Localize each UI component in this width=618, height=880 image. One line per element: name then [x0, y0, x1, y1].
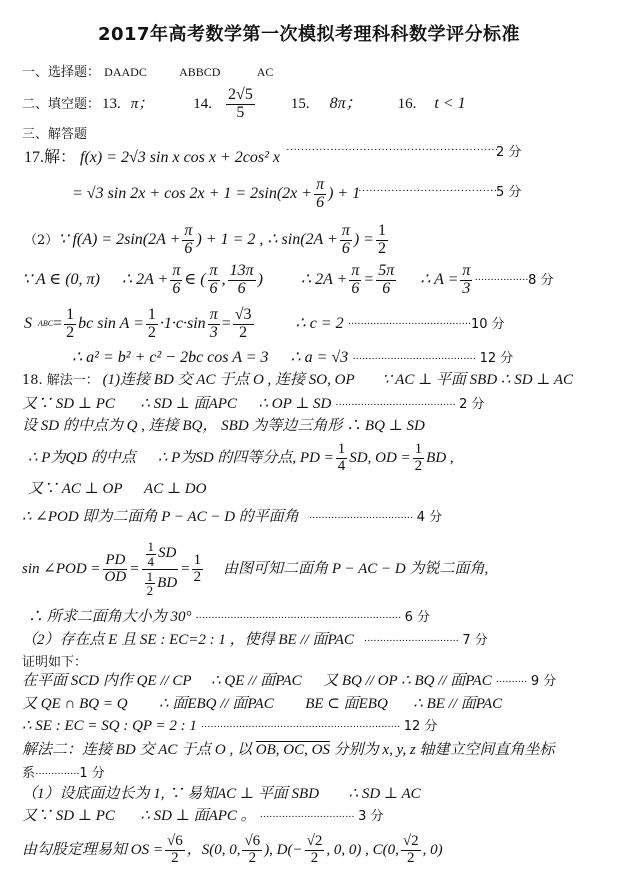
q17-prefix: 17.解： — [24, 149, 76, 166]
text: 由勾股定理易知 OS = — [22, 843, 163, 858]
score-3: 3 分 — [358, 809, 383, 824]
text: 又∵ SD ⊥ PC — [22, 808, 115, 824]
q18-prefix: 18. 解法一： — [22, 373, 99, 388]
frac-pi-6: π6 — [182, 223, 194, 258]
text: ∴ SD ⊥ 面APC 。 — [140, 808, 255, 824]
section-solutions: 三、解答题 — [22, 128, 87, 141]
frac: √22 — [401, 834, 421, 867]
text: （2）存在点 E 且 SE : EC=2 : 1 ，使得 BE // 面PAC — [22, 632, 354, 648]
text: ∴ 所求二面角大小为 30° — [28, 609, 192, 625]
expr: ∴ a² = b² + c² − 2bc cos A = 3 — [72, 349, 268, 366]
score-6: 6 分 — [405, 610, 430, 625]
expr: sin ∠POD = — [22, 562, 101, 577]
q17-expr-2a: = √3 sin 2x + cos 2x + 1 = 2sin(2x + — [72, 186, 312, 202]
blank-13-num: 13. — [102, 97, 121, 112]
text: ∴ P为QD 的中点 — [28, 451, 136, 466]
frac: √62 — [165, 834, 185, 867]
q18-line-3: 设 SD 的中点为 Q , 连接 BQ， SBD 为等边三角形 ∴ BQ ⊥ S… — [22, 419, 425, 434]
score-4: 4 分 — [417, 510, 442, 525]
q18-line-6: ∴ ∠POD 即为二面角 P − AC − D 的平面角 ···········… — [22, 510, 442, 525]
expr: ∈ ( — [184, 272, 205, 288]
frac: 5π6 — [376, 263, 396, 298]
dot-leader: ········································… — [195, 612, 401, 624]
text: 又 BQ // OP ∴ BQ // 面PAC — [323, 673, 492, 689]
answers-group-3: AC — [257, 65, 274, 79]
frac-1-2: 12 — [376, 223, 388, 258]
dot-leader: ······································· — [352, 353, 475, 365]
frac-pi-6: π6 — [314, 177, 326, 212]
blank-16-num: 16. — [398, 97, 417, 112]
blank-16-answer: t < 1 — [434, 96, 465, 112]
score-1: 1 分 — [79, 766, 104, 781]
frac: 12 — [413, 442, 425, 475]
eq: = — [130, 562, 138, 577]
dot-leader: ······························ — [259, 811, 354, 823]
expr: ∵ f(A) = 2sin(2A + — [58, 232, 180, 248]
frac: √62 — [242, 834, 262, 867]
expr: ∴ 2A + — [301, 272, 347, 288]
text: （1）设底面边长为 1, ∵ 易知AC ⊥ 平面 SBD — [22, 786, 319, 802]
score-5: 5 分 — [496, 186, 521, 199]
score-10: 10 分 — [471, 318, 505, 331]
area-subscript: ABC — [38, 320, 53, 328]
q17-line-4: ∵ A ∈ (0, π) ∴ 2A + π6 ∈ ( π6 , 13π6 ) ∴… — [22, 260, 554, 300]
blank-13-answer: π； — [131, 97, 154, 112]
document-title: 2017年高考数学第一次模拟考理科科数学评分标准 — [0, 20, 618, 46]
answers-group-1: DAADC — [104, 65, 147, 79]
text: 在平面 SCD 内作 QE // CP — [22, 673, 192, 689]
q18-method2-line-3: （1）设底面边长为 1, ∵ 易知AC ⊥ 平面 SBD ∴ SD ⊥ AC — [22, 787, 421, 802]
text: 解法二：连接 BD 交 AC 于点 O , 以 — [22, 742, 256, 758]
expr: ) = — [354, 232, 374, 248]
q18-line-9: （2）存在点 E 且 SE : EC=2 : 1 ，使得 BE // 面PAC … — [22, 633, 488, 648]
dot-leader: ········································… — [201, 721, 400, 733]
q17-line-3: （2） ∵ f(A) = 2sin(2A + π6 ) + 1 = 2 , ∴ … — [24, 220, 390, 260]
expr: ∴ A = — [420, 272, 458, 288]
q17-line-1: 17.解： f(x) = 2√3 sin x cos x + 2cos² x — [24, 150, 280, 166]
dot-leader: ········································… — [286, 145, 498, 156]
text: BD , — [426, 451, 454, 466]
text: 又∵ SD ⊥ PC — [22, 396, 115, 412]
answers-group-2: ABBCD — [179, 65, 220, 79]
score-2: 2 分 — [496, 146, 521, 159]
text: ∴ SD ⊥ AC — [349, 786, 421, 802]
dot-leader: ······································ — [335, 399, 455, 411]
expr: ∵ A ∈ (0, π) — [22, 272, 100, 288]
text: ∴ OP ⊥ SD — [258, 396, 331, 412]
part-2-label: （2） — [24, 234, 58, 247]
text: ∴ QE // 面PAC — [211, 673, 302, 689]
score-12: 12 分 — [480, 351, 514, 366]
text: ), D(− — [264, 843, 302, 858]
q18-line-8: ∴ 所求二面角大小为 30° ·························… — [28, 610, 430, 625]
text: ∴ SD ⊥ 面APC — [140, 396, 237, 412]
text: AC ⊥ DO — [144, 481, 206, 497]
expr: ∴ a = √3 — [290, 349, 348, 366]
expr: ∴ 2A + — [122, 272, 168, 288]
score-8: 8 分 — [528, 274, 553, 287]
text: 系 — [22, 766, 35, 781]
score-12: 12 分 — [404, 719, 438, 734]
expr: ∴ c = 2 — [296, 316, 344, 332]
q18-method2-line-1: 解法二：连接 BD 交 AC 于点 O , 以 OB, OC, OS 分别为 x… — [22, 743, 555, 758]
text: 设 SD 的中点为 Q , 连接 BQ， SBD 为等边三角形 ∴ BQ ⊥ S… — [22, 418, 425, 434]
expr: ) — [258, 272, 263, 288]
area-symbol: S — [24, 316, 32, 332]
section-label: 二、填空题： — [22, 98, 100, 111]
score-2: 2 分 — [459, 397, 484, 412]
text: ∴ SE : EC = SQ : QP = 2 : 1 — [22, 718, 197, 734]
frac: 13π6 — [228, 263, 256, 298]
q17-line-6: ∴ a² = b² + c² − 2bc cos A = 3 ∴ a = √3 … — [72, 350, 513, 366]
frac: π3 — [208, 307, 220, 342]
q18-line-5: 又∵ AC ⊥ OP AC ⊥ DO — [28, 482, 206, 497]
expr: ·1·c·sin — [160, 316, 206, 332]
score-9: 9 分 — [531, 674, 556, 689]
frac: 12 — [64, 307, 76, 342]
dot-leader: ·············· — [35, 768, 79, 780]
text: , 0) — [423, 843, 443, 858]
text: ∴ P为SD 的四等分点, PD = — [158, 451, 334, 466]
vectors: OB, OC, OS — [256, 742, 330, 758]
q18-line-7: sin ∠POD = PDOD = 14 SD 12 BD = 12 由图可知二… — [22, 534, 488, 604]
eq: = — [181, 562, 189, 577]
expr: = — [222, 316, 231, 332]
frac: √22 — [305, 834, 325, 867]
text: ，S(0, 0, — [187, 843, 241, 858]
expr: = — [53, 316, 62, 332]
section-multiple-choice: 一、选择题： DAADC ABBCD AC — [22, 66, 273, 79]
expr: ) + 1 = 2 , ∴ sin(2A + — [196, 232, 337, 248]
section-label: 一、选择题： — [22, 65, 100, 80]
frac: π6 — [349, 263, 361, 298]
expr: bc sin A = — [78, 316, 144, 332]
frac: 12 — [146, 307, 158, 342]
text: ∵ AC ⊥ 平面 SBD ∴ SD ⊥ AC — [382, 372, 573, 388]
complex-frac: 14 SD 12 BD — [141, 540, 180, 598]
q17-line-5: S ABC = 12 bc sin A = 12 ·1·c·sin π3 = √… — [24, 304, 505, 344]
dot-leader: ································· — [309, 512, 413, 524]
q18-line-10: 证明如下： — [22, 656, 87, 669]
q18-method2-line-2: 系··············1 分 — [22, 767, 105, 781]
expr: = — [363, 272, 374, 288]
text: SD, OD = — [349, 451, 410, 466]
q18-line-4: ∴ P为QD 的中点 ∴ P为SD 的四等分点, PD = 14 SD, OD … — [28, 438, 454, 478]
text: ∴ 面EBQ // 面PAC — [159, 696, 274, 712]
q17-expr-1: f(x) = 2√3 sin x cos x + 2cos² x — [80, 149, 280, 166]
frac: √32 — [233, 307, 254, 342]
text: ∴ BE // 面PAC — [413, 696, 502, 712]
q18-line-2: 又∵ SD ⊥ PC ∴ SD ⊥ 面APC ∴ OP ⊥ SD ·······… — [22, 397, 485, 412]
frac-pd-od: PDOD — [103, 553, 129, 586]
text: (1)连接 BD 交 AC 于点 O , 连接 SO, OP — [103, 372, 355, 388]
text: , 0, 0) , C(0, — [326, 843, 399, 858]
dot-leader: ······························ — [364, 635, 459, 647]
q18-method2-line-5: 由勾股定理易知 OS = √62 ，S(0, 0, √62 ), D(− √22… — [22, 828, 443, 872]
blank-14-answer: 2√5 5 — [226, 87, 255, 122]
text: BE ⊂ 面EBQ — [305, 696, 388, 712]
text: 分别为 x, y, z 轴建立空间直角坐标 — [330, 742, 555, 758]
text: 又 QE ∩ BQ = Q — [22, 696, 128, 712]
text: 由图可知二面角 P − AC − D 为锐二面角, — [223, 562, 488, 577]
blank-15-num: 15. — [291, 97, 310, 112]
section-fill-blank: 二、填空题： 13. π； 14. 2√5 5 15. 8π； 16. t < … — [22, 84, 466, 124]
dot-leader: ········································… — [358, 186, 498, 197]
q17-line-2: = √3 sin 2x + cos 2x + 1 = 2sin(2x + π6 … — [72, 174, 360, 214]
dot-leader: ······································· — [348, 319, 471, 330]
dot-leader: ·········· — [495, 676, 527, 688]
q18-method2-line-4: 又∵ SD ⊥ PC ∴ SD ⊥ 面APC 。 ···············… — [22, 809, 384, 824]
frac-1-2: 12 — [192, 553, 204, 586]
text: 又∵ AC ⊥ OP — [28, 481, 123, 497]
dot-leader: ················· — [474, 275, 528, 286]
q18-line-13: ∴ SE : EC = SQ : QP = 2 : 1 ············… — [22, 719, 437, 734]
blank-15-answer: 8π； — [330, 96, 362, 112]
q17-expr-2b: ) + 1 — [328, 186, 360, 202]
frac: 14 — [336, 442, 348, 475]
score-7: 7 分 — [462, 633, 487, 648]
frac-pi-6: π6 — [340, 223, 352, 258]
frac: π6 — [170, 263, 182, 298]
blank-14-num: 14. — [193, 97, 212, 112]
frac: π6 — [208, 263, 220, 298]
frac: π3 — [460, 263, 472, 298]
q18-line-12: 又 QE ∩ BQ = Q ∴ 面EBQ // 面PAC BE ⊂ 面EBQ ∴… — [22, 697, 502, 712]
q18-line-11: 在平面 SCD 内作 QE // CP ∴ QE // 面PAC 又 BQ //… — [22, 674, 556, 689]
q18-line-1: 18. 解法一： (1)连接 BD 交 AC 于点 O , 连接 SO, OP … — [22, 373, 573, 388]
expr: , — [222, 272, 226, 288]
text: ∴ ∠POD 即为二面角 P − AC − D 的平面角 — [22, 509, 299, 525]
